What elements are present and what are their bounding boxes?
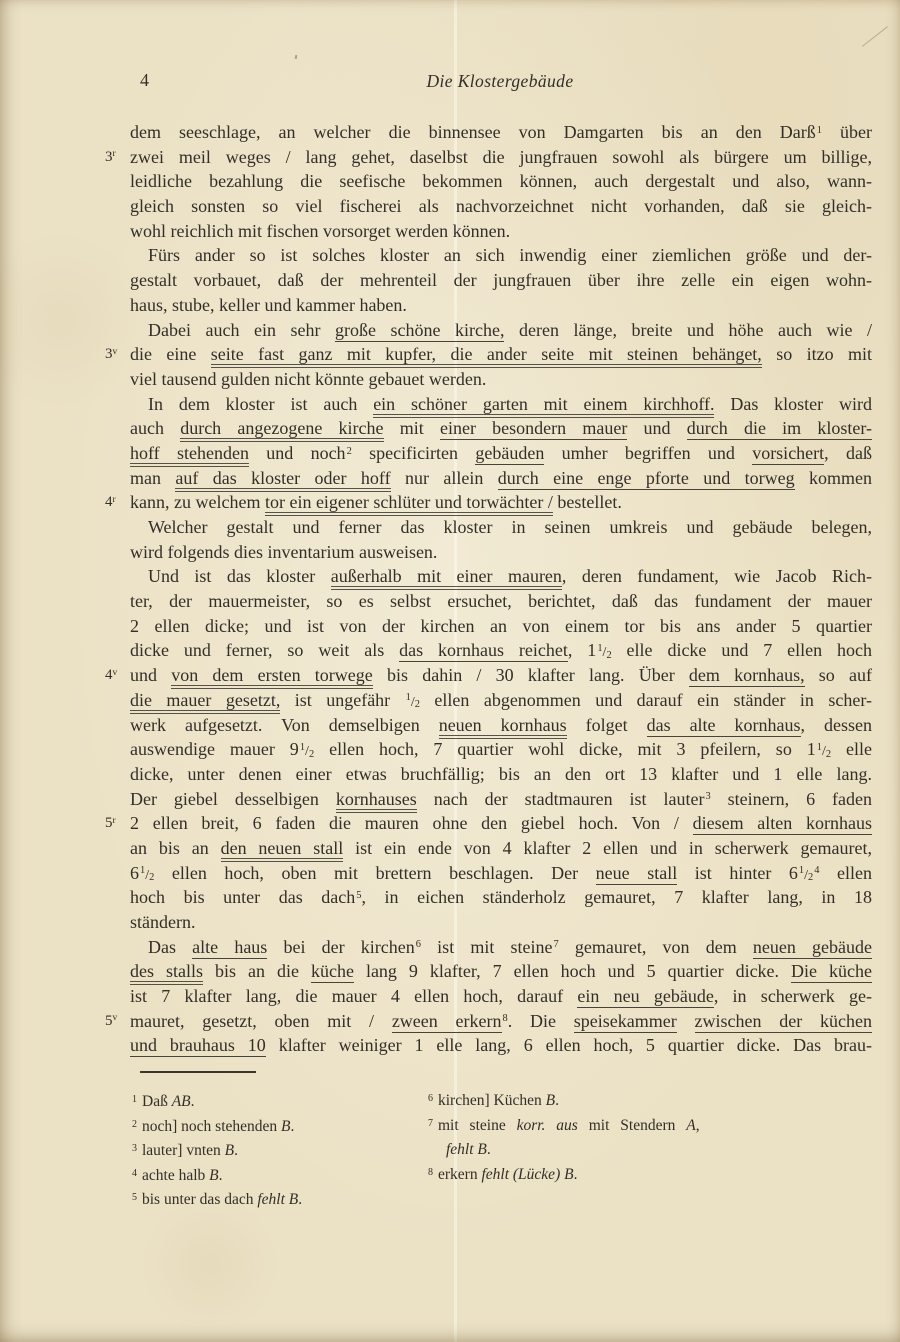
italic-text: korr. aus	[517, 1117, 578, 1134]
superscript-mark: 1	[140, 865, 145, 876]
text-run: ist mit steine	[421, 937, 553, 957]
italic-text: A	[686, 1117, 695, 1134]
footnote-item: fehlt B.	[428, 1138, 858, 1163]
text-line: 3vdie eine seite fast ganz mit kupfer, d…	[130, 342, 872, 367]
text-line: ter, der mauermeister, so es selbst ersu…	[130, 589, 872, 614]
underlined-phrase: kornhauses	[336, 789, 417, 813]
text-run: über	[822, 122, 872, 142]
text-line: Dabei auch ein sehr große schöne kirche,…	[130, 318, 872, 343]
body-text: dem seeschlage, an welcher die binnensee…	[130, 120, 872, 1058]
underlined-phrase: des stalls	[130, 961, 203, 985]
text-line: wohl reichlich mit fischen vorsorget wer…	[130, 219, 872, 244]
subscript-mark: 2	[808, 872, 813, 883]
text-line: 4rkann, zu welchem tor ein eigener schlü…	[130, 490, 872, 515]
text-run: dicke und ferner, so weit als	[130, 640, 399, 660]
folio-margin-note: 5v	[105, 1009, 117, 1036]
underlined-phrase: das kornhaus reichet	[399, 640, 568, 662]
text-run: kommen	[795, 468, 872, 488]
text-run: die eine	[130, 344, 211, 364]
text-line: haus, stube, keller und kammer haben.	[130, 293, 872, 318]
underlined-phrase: neue stall	[596, 863, 678, 885]
text-line: dicke und ferner, so weit als das kornha…	[130, 638, 872, 663]
underlined-phrase: ein neu gebäude	[577, 986, 713, 1008]
footnote-number: 3	[132, 1143, 137, 1154]
underlined-phrase: Die küche	[791, 961, 872, 983]
text-run: viel tausend gulden nicht könnte gebauet…	[130, 369, 486, 389]
text-line: 5r2 ellen breit, 6 faden die mauren ohne…	[130, 811, 872, 836]
text-line: leidliche bezahlung die seefische bekomm…	[130, 169, 872, 194]
italic-text: B	[546, 1092, 555, 1109]
text-line: des stalls bis an die küche lang 9 klaft…	[130, 959, 872, 984]
superscript-mark: 5	[356, 890, 361, 901]
text-run: deren länge, breite und höhe auch wie /	[504, 320, 872, 340]
text-run: an bis an	[130, 838, 221, 858]
footnote-item: 5bis unter das dach fehlt B.	[132, 1188, 432, 1213]
text-run: .	[298, 1191, 302, 1208]
text-run: . Die	[508, 1011, 574, 1031]
text-run: , dessen	[801, 715, 872, 735]
underlined-phrase: küche	[311, 961, 354, 983]
footnotes-right-column: 6kirchen] Küchen B.7mit steine korr. aus…	[428, 1089, 858, 1187]
text-run: nach der stadtmauren ist lauter	[417, 789, 705, 809]
text-run: werk aufgesetzt. Von demselbigen	[130, 715, 439, 735]
text-run: bei der kirchen	[267, 937, 414, 957]
text-run: Das	[148, 937, 192, 957]
footnote-item: 7mit steine korr. aus mit Stendern A,	[428, 1114, 858, 1139]
footnote-number: 1	[132, 1094, 137, 1105]
text-line: Der giebel desselbigen kornhauses nach d…	[130, 787, 872, 812]
text-line: man auf das kloster oder hoff nur allein…	[130, 466, 872, 491]
text-run: bis an die	[203, 961, 311, 981]
text-run: Daß	[142, 1093, 172, 1110]
text-run: kirchen] Küchen	[438, 1092, 546, 1109]
underlined-phrase: alte haus	[192, 937, 267, 959]
text-run: .	[219, 1167, 223, 1184]
text-run: Fürs ander so ist solches kloster an sic…	[148, 245, 872, 265]
italic-text: fehlt (Lücke) B	[481, 1166, 573, 1183]
text-line: wird folgends dies inventarium ausweisen…	[130, 540, 872, 565]
text-run: , 1	[568, 640, 596, 660]
text-line: Welcher gestalt und ferner das kloster i…	[130, 515, 872, 540]
text-run: , daß	[824, 443, 872, 463]
paper-speck	[295, 55, 298, 59]
underlined-phrase: große schöne kirche,	[335, 320, 504, 342]
text-run: mit Stendern	[578, 1117, 686, 1134]
subscript-mark: 2	[606, 650, 611, 661]
superscript-mark: 1	[300, 742, 305, 753]
underlined-phrase: auf das kloster oder hoff	[175, 468, 390, 492]
underlined-phrase: gebäuden	[475, 443, 544, 465]
text-line: Das alte haus bei der kirchen6 ist mit s…	[130, 935, 872, 960]
footnotes-left-column: 1Daß AB.2noch] noch stehenden B.3lauter]…	[132, 1090, 432, 1213]
text-run: gestalt vorbauet, daß der mehrenteil der…	[130, 270, 872, 290]
text-run: folget	[567, 715, 647, 735]
text-line: dem seeschlage, an welcher die binnensee…	[130, 120, 872, 145]
footnote-item: 4achte halb B.	[132, 1164, 432, 1189]
underlined-phrase: und brauhaus 10	[130, 1035, 266, 1057]
underlined-phrase: durch angezogene kirche	[180, 418, 383, 442]
underlined-phrase: den neuen stall	[221, 838, 344, 862]
underlined-phrase: vorsichert	[752, 443, 824, 465]
underlined-phrase: neuen gebäude	[753, 937, 872, 959]
text-run: Der giebel desselbigen	[130, 789, 336, 809]
underlined-phrase: außerhalb mit einer mauren	[331, 566, 562, 590]
underlined-phrase: zwischen der küchen	[695, 1011, 872, 1033]
text-line: dicke, unter denen einer etwas bruchfäll…	[130, 762, 872, 787]
underlined-phrase: dem kornhaus,	[689, 665, 805, 687]
text-run: dem seeschlage, an welcher die binnensee…	[130, 122, 816, 142]
text-run: erkern	[438, 1166, 481, 1183]
text-line: 61/2 ellen hoch, oben mit brettern besch…	[130, 861, 872, 886]
text-run: Dabei auch ein sehr	[148, 320, 335, 340]
underlined-phrase: tor ein eigener schlüter und torwächter …	[265, 492, 553, 516]
text-run: ellen	[819, 863, 872, 883]
footnote-item: 2noch] noch stehenden B.	[132, 1115, 432, 1140]
text-run: .	[234, 1142, 238, 1159]
footnote-item: 3lauter] vnten B.	[132, 1139, 432, 1164]
text-line: 4vund von dem ersten torwege bis dahin /…	[130, 663, 872, 688]
superscript-mark: 1	[597, 643, 602, 654]
text-run: wird folgends dies inventarium ausweisen…	[130, 542, 437, 562]
text-run: ellen hoch, oben mit brettern beschlagen…	[154, 863, 595, 883]
superscript-mark: 1	[406, 692, 411, 703]
underlined-phrase: die mauer gesetzt,	[130, 690, 280, 714]
text-run: 2 ellen dicke; und ist von der kirchen a…	[130, 616, 872, 636]
text-line: auswendige mauer 91/2 ellen hoch, 7 quar…	[130, 737, 872, 762]
text-line: Und ist das kloster außerhalb mit einer …	[130, 564, 872, 589]
text-line: auch durch angezogene kirche mit einer b…	[130, 416, 872, 441]
text-line: ist 7 klafter lang, die mauer 4 ellen ho…	[130, 984, 872, 1009]
text-run: .	[555, 1092, 559, 1109]
text-run: klafter weiniger 1 elle lang, 6 ellen ho…	[266, 1035, 872, 1055]
text-run: elle	[831, 739, 872, 759]
text-run: ter, der mauermeister, so es selbst ersu…	[130, 591, 872, 611]
text-run: 2 ellen breit, 6 faden die mauren ohne d…	[130, 813, 693, 833]
text-line: die mauer gesetzt, ist ungefähr 1/2 elle…	[130, 688, 872, 713]
underlined-phrase: von dem ersten torwege	[171, 665, 373, 689]
underlined-phrase: einer besondern mauer	[440, 418, 627, 440]
italic-text: B	[281, 1118, 290, 1135]
text-run: bestellet.	[553, 492, 622, 512]
text-run: umher begriffen und	[544, 443, 752, 463]
underlined-phrase: zween erkern	[392, 1011, 502, 1033]
text-run: ellen abgenommen und darauf ein ständer …	[420, 690, 872, 710]
footnote-number: 4	[132, 1168, 137, 1179]
text-run: bis dahin / 30 klafter lang. Über	[373, 665, 689, 685]
text-line: 3rzwei meil weges / lang gehet, daselbst…	[130, 145, 872, 170]
text-run: ,	[696, 1117, 700, 1134]
text-run: Und ist das kloster	[148, 566, 331, 586]
subscript-mark: 2	[149, 872, 154, 883]
text-line: 2 ellen dicke; und ist von der kirchen a…	[130, 614, 872, 639]
text-run: steinern, 6 faden	[711, 789, 872, 809]
footnote-number: 7	[428, 1118, 433, 1129]
text-line: hoch bis unter das dach5, in eichen stän…	[130, 885, 872, 910]
footnote-item: 8erkern fehlt (Lücke) B.	[428, 1163, 858, 1188]
underlined-phrase: seite fast ganz mit kupfer, die ander se…	[211, 344, 762, 368]
running-title: Die Klostergebäude	[128, 71, 872, 91]
superscript-mark: 1	[799, 865, 804, 876]
text-run: und noch	[249, 443, 346, 463]
text-run: , in scherwerk ge-	[714, 986, 872, 1006]
text-run: man	[130, 468, 175, 488]
text-run: Welcher gestalt und ferner das kloster i…	[148, 517, 872, 537]
italic-text: fehlt B	[257, 1191, 298, 1208]
text-run: leidliche bezahlung die seefische bekomm…	[130, 171, 872, 191]
text-run: lang 9 klafter, 7 ellen hoch und 5 quart…	[354, 961, 791, 981]
superscript-mark: 8	[503, 1013, 508, 1024]
text-run: gemauret, von dem	[559, 937, 753, 957]
text-run: ellen hoch, 7 quartier wohl dicke, mit 3…	[314, 739, 816, 759]
underlined-phrase: neuen kornhaus	[439, 715, 567, 739]
text-run: zwei meil weges / lang gehet, daselbst d…	[130, 147, 872, 167]
footnote-number: 6	[428, 1093, 433, 1104]
text-line: hoff stehenden und noch2 specificirten g…	[130, 441, 872, 466]
text-run: wohl reichlich mit fischen vorsorget wer…	[130, 221, 510, 241]
text-run: kann, zu welchem	[130, 492, 265, 512]
text-run: specificirten	[352, 443, 476, 463]
italic-text: AB	[172, 1093, 191, 1110]
text-run: mit	[384, 418, 440, 438]
text-run: haus, stube, keller und kammer haben.	[130, 295, 407, 315]
text-run: .	[487, 1141, 491, 1158]
footnote-item: 1Daß AB.	[132, 1090, 432, 1115]
text-run: ist ungefähr	[280, 690, 404, 710]
underlined-phrase: durch eine enge pforte und torweg	[498, 468, 795, 490]
underlined-phrase: das alte kornhaus	[647, 715, 801, 737]
text-run: , deren fundament, wie Jacob Rich-	[562, 566, 872, 586]
superscript-mark: 2	[347, 446, 352, 457]
text-run: so auf	[805, 665, 872, 685]
underlined-phrase: diesem alten kornhaus	[693, 813, 872, 835]
folio-margin-note: 4v	[105, 663, 117, 690]
text-run: auswendige mauer 9	[130, 739, 299, 759]
text-line: viel tausend gulden nicht könnte gebauet…	[130, 367, 872, 392]
text-run: .	[574, 1166, 578, 1183]
text-run: In dem kloster ist auch	[148, 394, 373, 414]
text-run: ist hinter 6	[677, 863, 798, 883]
text-line: an bis an den neuen stall ist ein ende v…	[130, 836, 872, 861]
superscript-mark: 3	[705, 791, 710, 802]
text-run: .	[291, 1118, 295, 1135]
folio-margin-note: 4r	[105, 490, 116, 517]
subscript-mark: 2	[309, 749, 314, 760]
text-run: gleich sonsten so viel fischerei als nac…	[130, 196, 872, 216]
footnote-separator	[140, 1071, 256, 1073]
underlined-phrase: hoff stehenden	[130, 443, 249, 467]
text-run: Das kloster wird	[714, 394, 872, 414]
superscript-mark: 4	[814, 865, 819, 876]
text-run: nur allein	[391, 468, 498, 488]
text-run: mauret, gesetzt, oben mit /	[130, 1011, 392, 1031]
text-run: 6	[130, 863, 139, 883]
text-line: werk aufgesetzt. Von demselbigen neuen k…	[130, 713, 872, 738]
footnote-number: 2	[132, 1119, 137, 1130]
text-run: ist ein ende von 4 klafter 2 ellen und i…	[343, 838, 872, 858]
underlined-phrase: ein schöner garten mit einem kirchhoff.	[373, 394, 714, 418]
folio-margin-note: 3r	[105, 145, 116, 172]
scanned-page: 4 Die Klostergebäude dem seeschlage, an …	[0, 0, 900, 1342]
text-run: .	[191, 1093, 195, 1110]
folio-margin-note: 5r	[105, 811, 116, 838]
superscript-mark: 1	[817, 742, 822, 753]
text-line: und brauhaus 10 klafter weiniger 1 elle …	[130, 1033, 872, 1058]
text-run: , in eichen ständerholz gemauret, 7 klaf…	[361, 887, 872, 907]
footnote-number: 8	[428, 1167, 433, 1178]
text-run: mit steine	[438, 1117, 517, 1134]
text-line: 5vmauret, gesetzt, oben mit / zween erke…	[130, 1009, 872, 1034]
text-line: gleich sonsten so viel fischerei als nac…	[130, 194, 872, 219]
text-run: und	[627, 418, 686, 438]
text-line: Fürs ander so ist solches kloster an sic…	[130, 243, 872, 268]
text-run: noch] noch stehenden	[142, 1118, 281, 1135]
text-run: und	[130, 665, 171, 685]
text-line: ständern.	[130, 910, 872, 935]
italic-text: B	[209, 1167, 218, 1184]
text-run: achte halb	[142, 1167, 209, 1184]
text-run: so itzo mit	[762, 344, 872, 364]
subscript-mark: 2	[826, 749, 831, 760]
text-line: In dem kloster ist auch ein schöner gart…	[130, 392, 872, 417]
italic-text: B	[225, 1142, 234, 1159]
text-run	[677, 1011, 695, 1031]
text-run: auch	[130, 418, 180, 438]
corner-scratch-mark	[862, 26, 888, 47]
superscript-mark: 6	[416, 939, 421, 950]
text-run: lauter] vnten	[142, 1142, 225, 1159]
footnote-item: 6kirchen] Küchen B.	[428, 1089, 858, 1114]
underlined-phrase: speisekammer	[574, 1011, 677, 1033]
text-run: bis unter das dach	[142, 1191, 257, 1208]
superscript-mark: 1	[817, 125, 822, 136]
text-line: gestalt vorbauet, daß der mehrenteil der…	[130, 268, 872, 293]
text-run: ständern.	[130, 912, 195, 932]
text-run: hoch bis unter das dach	[130, 887, 355, 907]
text-run: ist 7 klafter lang, die mauer 4 ellen ho…	[130, 986, 577, 1006]
underlined-phrase: durch die im kloster-	[687, 418, 872, 440]
subscript-mark: 2	[415, 699, 420, 710]
text-run: elle dicke und 7 ellen hoch	[612, 640, 872, 660]
footnote-number: 5	[132, 1192, 137, 1203]
text-run: dicke, unter denen einer etwas bruchfäll…	[130, 764, 872, 784]
italic-text: fehlt B	[446, 1141, 487, 1158]
superscript-mark: 7	[554, 939, 559, 950]
folio-margin-note: 3v	[105, 342, 117, 369]
